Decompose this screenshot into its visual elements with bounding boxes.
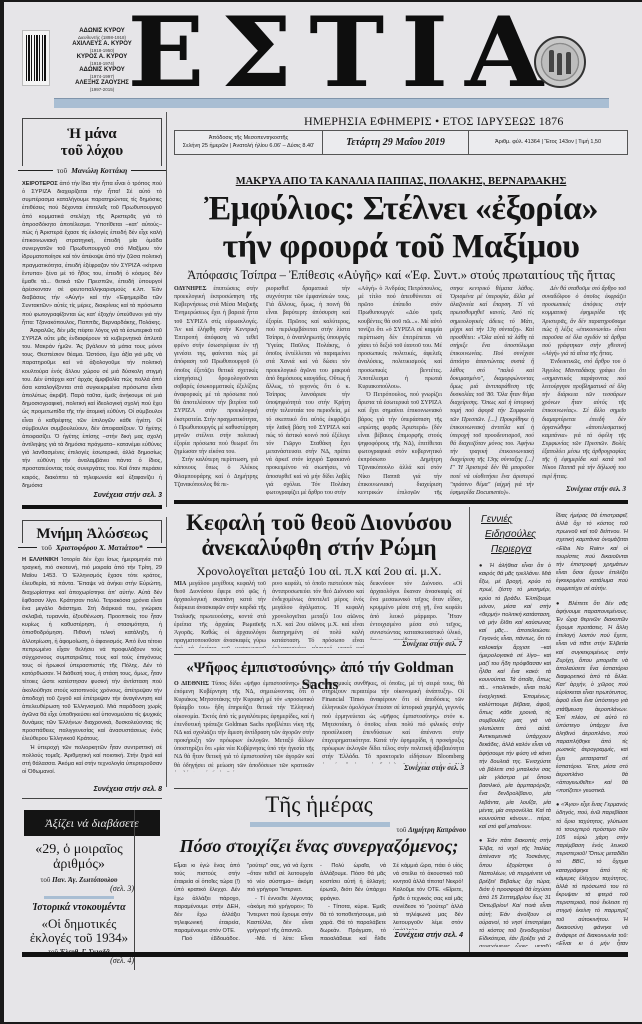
lead-column-5: Δέν θά σταθοῦμε στό ἄρθρο τοῦ συναδέλφου… bbox=[542, 285, 626, 483]
lead-word: ΟΔΥΝΗΡΕΣ bbox=[174, 286, 207, 292]
lead-column-2: ριορισθεῖ δραματικά τήν συχνότητα τῶν ἐμ… bbox=[266, 285, 350, 495]
dionysus-column-3: δεικνύουν τόν Διόνυσο. «Οἱ ἀρχαιολόγοι ἔ… bbox=[370, 580, 462, 640]
masthead-blue-band bbox=[54, 98, 609, 108]
dionysus-deck: Χρονολογεῖται μεταξύ 1ου αἰ. π.Χ καί 2ου… bbox=[174, 564, 464, 579]
info-strip: Ἀπόδοσις τῆς Μεσοπεντηκοστῆς Σελήνη 25 ἡ… bbox=[174, 130, 628, 155]
paragraph: Τύπος δίδει «ψῆφο ἐμπιστοσύνης» στήν ἐπό… bbox=[174, 681, 314, 772]
gossip-title-line: Ειδησούλες bbox=[479, 527, 547, 542]
history-body: Η ΕΛΛΗΝΙΚΗ Ἱστορία δέν ἔχει ἴσως ἡμερομη… bbox=[22, 556, 162, 788]
editorial-byline: τοῦΜανώλη Κοττάκη bbox=[18, 166, 166, 175]
paragraph: - Πολύ ὡραῖα, νά ἀλλάξουμε. Πόσο θά μᾶς … bbox=[320, 862, 386, 903]
paragraph: Ἱστορία δέν ἔχει ἴσως ἡμερομηνία πιό τρα… bbox=[22, 557, 162, 742]
gossip-column-1: ● Ἡ ἀλήθεια εἶναι ὅτι ὁ καιρός θά μᾶς τρ… bbox=[479, 562, 551, 947]
paragraph: Δέν θά σταθοῦμε στό ἄρθρο τοῦ συναδέλφου… bbox=[542, 285, 626, 358]
gossip-title-line: Περιεργα bbox=[479, 542, 547, 557]
paragraph: Πρό ἑβδομάδος, τηλεφωνεῖ μία κυρία ἀπό τ… bbox=[174, 935, 240, 940]
day-column-1: Εἶμαι κι ἐγώ ἕνας ἀπό τούς πιστούς στήν … bbox=[174, 862, 240, 940]
editorial-title-line: Ἡ μάνα bbox=[23, 126, 161, 143]
page-bottom-rule bbox=[22, 952, 628, 957]
lead-column-4: στηκε κεντρικό θέματα λάθος. Ὀρισμένα μέ… bbox=[450, 285, 534, 495]
continued-link[interactable]: Συνέχεια στήν σελ. 3 bbox=[22, 492, 162, 499]
barcode-stripes bbox=[26, 35, 46, 81]
author-name: Παν. Ἀγ. Ζωιτόπουλου bbox=[52, 876, 117, 884]
dionysus-column-1: ΜΙΑ μεγάλου μεγέθους κεφαλή τοῦ θεοῦ Διο… bbox=[174, 580, 266, 648]
day-column-4: Σέ κάμμιά ὥρα, πάει ὁ υἱός νά στείλει τό… bbox=[393, 862, 463, 930]
almanac: Ἀπόδοσις τῆς Μεσοπεντηκοστῆς Σελήνη 25 ἡ… bbox=[175, 131, 323, 154]
paragraph: ἴδιας ἡμέρας θά ἐπιστραφεῖ, ἀλλά ὄχι τό … bbox=[556, 512, 628, 594]
section-rule bbox=[174, 654, 466, 655]
byline-prefix: τοῦ bbox=[397, 826, 407, 834]
lead-column-3: «Αὐγή» ὁ Ἀνδρέας Πετρόπουλος, μέ τίτλο π… bbox=[358, 285, 442, 495]
continued-link[interactable]: Συνέχεια στήν σελ. 7 bbox=[370, 640, 462, 648]
editorial-body: ΧΕΙΡΟΤΕΡΟΣ ἀπό τήν ἴδια τήν ἧττα εἶναι ὁ… bbox=[22, 180, 162, 490]
paragraph: ● Ἡ ἀλήθεια εἶναι ὅτι ὁ καιρός θά μᾶς τρ… bbox=[479, 562, 551, 831]
issue-info: Ἀριθμ. φύλ. 41364 | Ἔτος 143ον | Τιμή 1,… bbox=[469, 131, 627, 154]
column-divider bbox=[166, 517, 167, 787]
lead-word: ΜΙΑ bbox=[174, 581, 186, 587]
paragraph: Εἶμαι κι ἐγώ ἕνας ἀπό τούς πιστούς στήν … bbox=[174, 862, 240, 935]
day-column-2: "ρούτερ" σας, γιά νά ἔχετε –ὅταν τεθεῖ σ… bbox=[247, 862, 313, 940]
day-column-3: - Πολύ ὡραῖα, νά ἀλλάξουμε. Πόσο θά μᾶς … bbox=[320, 862, 386, 940]
box-border bbox=[134, 810, 135, 970]
author-name: Μανώλη Κοττάκη bbox=[71, 166, 127, 175]
paragraph: ριορισθεῖ δραματικά τήν συχνότητα τῶν ἐμ… bbox=[266, 285, 350, 495]
page-ref: (σελ. 3) bbox=[24, 884, 134, 893]
newspaper-logo: ΕΣΤΙΑ bbox=[128, 8, 485, 98]
gossip-title-line: Γεννιές bbox=[479, 512, 547, 527]
dionysus-column-2: ρινο κεφάλι, τό ὁποῖο πιστεύουν πώς ἀντι… bbox=[272, 580, 364, 648]
item-title: «Οἱ δημοτικές ἐκλογές τοῦ 1934» bbox=[24, 917, 134, 945]
paragraph: "ρούτερ" σας, γιά νά ἔχετε –ὅταν τεθεῖ σ… bbox=[247, 862, 313, 895]
paragraph: ρινο κεφάλι, τό ὁποῖο πιστεύουν πώς ἀντι… bbox=[272, 580, 364, 648]
headline-line: Κεφαλή τοῦ θεοῦ Διονύσου bbox=[174, 510, 464, 535]
section-rule bbox=[174, 500, 628, 504]
newspaper-front-page: ΑΔΩΝΙΣ ΚΥΡΟΥ Διευθυντής (1898-1918) ΑΧΙΛ… bbox=[4, 2, 642, 1022]
paragraph: στηκε κεντρικό θέματα λάθος. Ὀρισμένα μέ… bbox=[450, 285, 534, 495]
author-name: Χριστοφόρου Χ. Ματιάτου* bbox=[56, 543, 143, 552]
author-name: Δημήτρη Καπράνου bbox=[408, 826, 466, 834]
dionysus-headline: Κεφαλή τοῦ θεοῦ Διονύσου ἀνεκαλύφθη στήν… bbox=[174, 510, 464, 560]
paragraph: Ὁ Πετρόπουλος, πού γνωρίζει ἄριστα τά ἐσ… bbox=[358, 391, 442, 495]
editorial-title-line: τοῦ λόχου bbox=[23, 143, 161, 160]
item-title: «29, ὁ μοιραῖος ἀριθμός» bbox=[24, 842, 134, 872]
continued-link[interactable]: Συνέχεια στήν σελ. 3 bbox=[542, 485, 626, 493]
lead-kicker: ΜΑΚΡΥΑ ΑΠΟ ΤΑ ΚΑΝΑΛΙΑ ΠΑΠΠΑΣ, ΠΟΛΑΚΗΣ, Β… bbox=[174, 176, 628, 187]
continued-link[interactable]: Συνέχεια στήν σελ. 4 bbox=[393, 932, 463, 939]
paragraph: ● Βλέπετε ὅτι δέν σᾶς ἀφήνουμε παραπονεμ… bbox=[556, 600, 628, 796]
gossip-title: Γεννιές Ειδησούλες Περιεργα bbox=[479, 512, 547, 557]
continued-link[interactable]: Συνέχεια στήν σελ. 8 bbox=[22, 786, 162, 793]
byline-prefix: τοῦ bbox=[41, 876, 51, 884]
lead-word: Ο ΔΙΕΘΝΗΣ bbox=[174, 681, 209, 687]
paragraph: Στήν καλύτερη περίπτωση, γιά κάποιους ὅπ… bbox=[174, 456, 258, 489]
item-section: Ἱστορικά ντοκουμέντα bbox=[24, 902, 134, 913]
paragraph: - Τί ἐννοεῖτε λέγοντας «ἀκόμη πιό γρήγορ… bbox=[247, 895, 313, 936]
section-underline bbox=[250, 822, 390, 827]
section-rule bbox=[22, 505, 162, 509]
issue-date: Τετάρτη 29 Μαΐου 2019 bbox=[323, 131, 469, 154]
goldman-column-2: οἰκονομικές συνθῆκες, οἱ ὁποῖες, μέ τή σ… bbox=[322, 680, 464, 764]
almanac-line: Ἀπόδοσις τῆς Μεσοπεντηκοστῆς bbox=[175, 134, 322, 142]
worth-reading-item[interactable]: «29, ὁ μοιραῖος ἀριθμός» τοῦ Παν. Ἀγ. Ζω… bbox=[24, 842, 134, 893]
almanac-line: Σελήνη 25 ἡμερῶν | Ἀνατολή ἡλίου 6.06' –… bbox=[175, 142, 322, 150]
worth-reading-header: Ἀξίζει νά διαβάσετε bbox=[24, 810, 160, 836]
paragraph: ● Ἐάν πάτε διακοπές στήν Ἐλβα, τό νησί τ… bbox=[479, 837, 551, 947]
headline-line: Ἐμφύλιος: Στέλνει «ἐξορία» bbox=[174, 190, 628, 228]
editorial-title-box: Ἡ μάνα τοῦ λόχου bbox=[22, 118, 162, 170]
lead-headline: Ἐμφύλιος: Στέλνει «ἐξορία» τήν φρουρά το… bbox=[174, 190, 628, 266]
goldman-column-1: Ο ΔΙΕΘΝΗΣ Τύπος δίδει «ψῆφο ἐμπιστοσύνης… bbox=[174, 680, 314, 772]
lead-deck: Ἀπόφασις Τσίπρα – Ἐπίθεσις «Αὐγῆς» καί «… bbox=[174, 268, 628, 283]
headline-line: τήν φρουρά τοῦ Μαξίμου bbox=[174, 228, 628, 266]
paragraph: Ἐνδεικτικῶς, στό ἄρθρο του ὁ Ἄγγελος Μαν… bbox=[542, 358, 626, 480]
paragraph: οἰκονομικές συνθῆκες, οἱ ὁποῖες, μέ τή σ… bbox=[322, 680, 464, 764]
gossip-column-2: ἴδιας ἡμέρας θά ἐπιστραφεῖ, ἀλλά ὄχι τό … bbox=[556, 512, 628, 948]
headline-line: ἀνεκαλύφθη στήν Ρώμη bbox=[174, 535, 464, 560]
paragraph: Ἡ ὑπεροχή τῶν πολιορκητῶν ἦταν συντριπτι… bbox=[22, 744, 162, 777]
paragraph: ἐπιπτώσεις στήν προεκλογική ἐκπροσώπηση … bbox=[174, 286, 258, 455]
lead-word: Η ΕΛΛΗΝΙΚΗ bbox=[22, 557, 58, 563]
paragraph: ● «Ἄγιο» εἶχε ἕνας Γερμανός ὁδηγός, πού,… bbox=[556, 801, 628, 948]
lead-column-1: ΟΔΥΝΗΡΕΣ ἐπιπτώσεις στήν προεκλογική ἐκπ… bbox=[174, 285, 258, 495]
byline-prefix: τοῦ bbox=[57, 166, 67, 175]
history-byline: τοῦΧριστοφόρου Χ. Ματιάτου* bbox=[18, 543, 166, 552]
seal-emblem-icon bbox=[534, 36, 586, 88]
paragraph: - Τίποτα, κύριε. Ἐμεῖς θά τό τοποθετήσου… bbox=[320, 903, 386, 940]
paragraph: ἀπό τήν ἴδια τήν ἧττα εἶναι ὁ τρόπος πού… bbox=[22, 181, 162, 326]
paragraph: δεικνύουν τόν Διόνυσο. «Οἱ ἀρχαιολόγοι ἔ… bbox=[370, 580, 462, 640]
paragraph: μεγάλου μεγέθους κεφαλή τοῦ θεοῦ Διονύσο… bbox=[174, 581, 266, 648]
column-divider bbox=[166, 112, 167, 507]
continued-link[interactable]: Συνέχεια στήν σελ. 3 bbox=[322, 764, 464, 772]
day-column-byline: τοῦ Δημήτρη Καπράνου bbox=[374, 826, 466, 834]
day-column-section: Τῆς ἡμέρας bbox=[174, 792, 464, 818]
lead-word: ΧΕΙΡΟΤΕΡΟΣ bbox=[22, 181, 58, 187]
column-divider bbox=[469, 507, 470, 952]
item-byline: τοῦ Παν. Ἀγ. Ζωιτόπουλου bbox=[24, 876, 134, 884]
section-rule bbox=[22, 798, 162, 799]
paragraph: -Μά, τί λέτε; Εἶναι γρήγορο, ἀλλά θά γίν… bbox=[247, 935, 313, 940]
paragraph: «Αὐγή» ὁ Ἀνδρέας Πετρόπουλος, μέ τίτλο π… bbox=[358, 285, 442, 391]
barcode bbox=[22, 30, 50, 86]
page-ref: (σελ. 4) bbox=[24, 956, 134, 965]
separator bbox=[44, 896, 114, 899]
byline-prefix: τοῦ bbox=[41, 543, 51, 552]
paragraph: Σέ κάμμιά ὥρα, πάει ὁ υἱός νά στείλει τό… bbox=[393, 862, 463, 930]
day-column-headline: Πόσο στοιχίζει ἕνας συνεργαζόμενος; bbox=[174, 836, 464, 857]
newspaper-subtitle: ΗΜΕΡΗΣΙΑ ΕΦΗΜΕΡΙΣ • ΕΤΟΣ ΙΔΡΥΣΕΩΣ 1876 bbox=[304, 114, 564, 129]
section-rule bbox=[174, 788, 468, 789]
paragraph: Ἀσφαλῶς, δέν μᾶς πέφτει λόγος γιά τά ἐσω… bbox=[22, 327, 162, 490]
